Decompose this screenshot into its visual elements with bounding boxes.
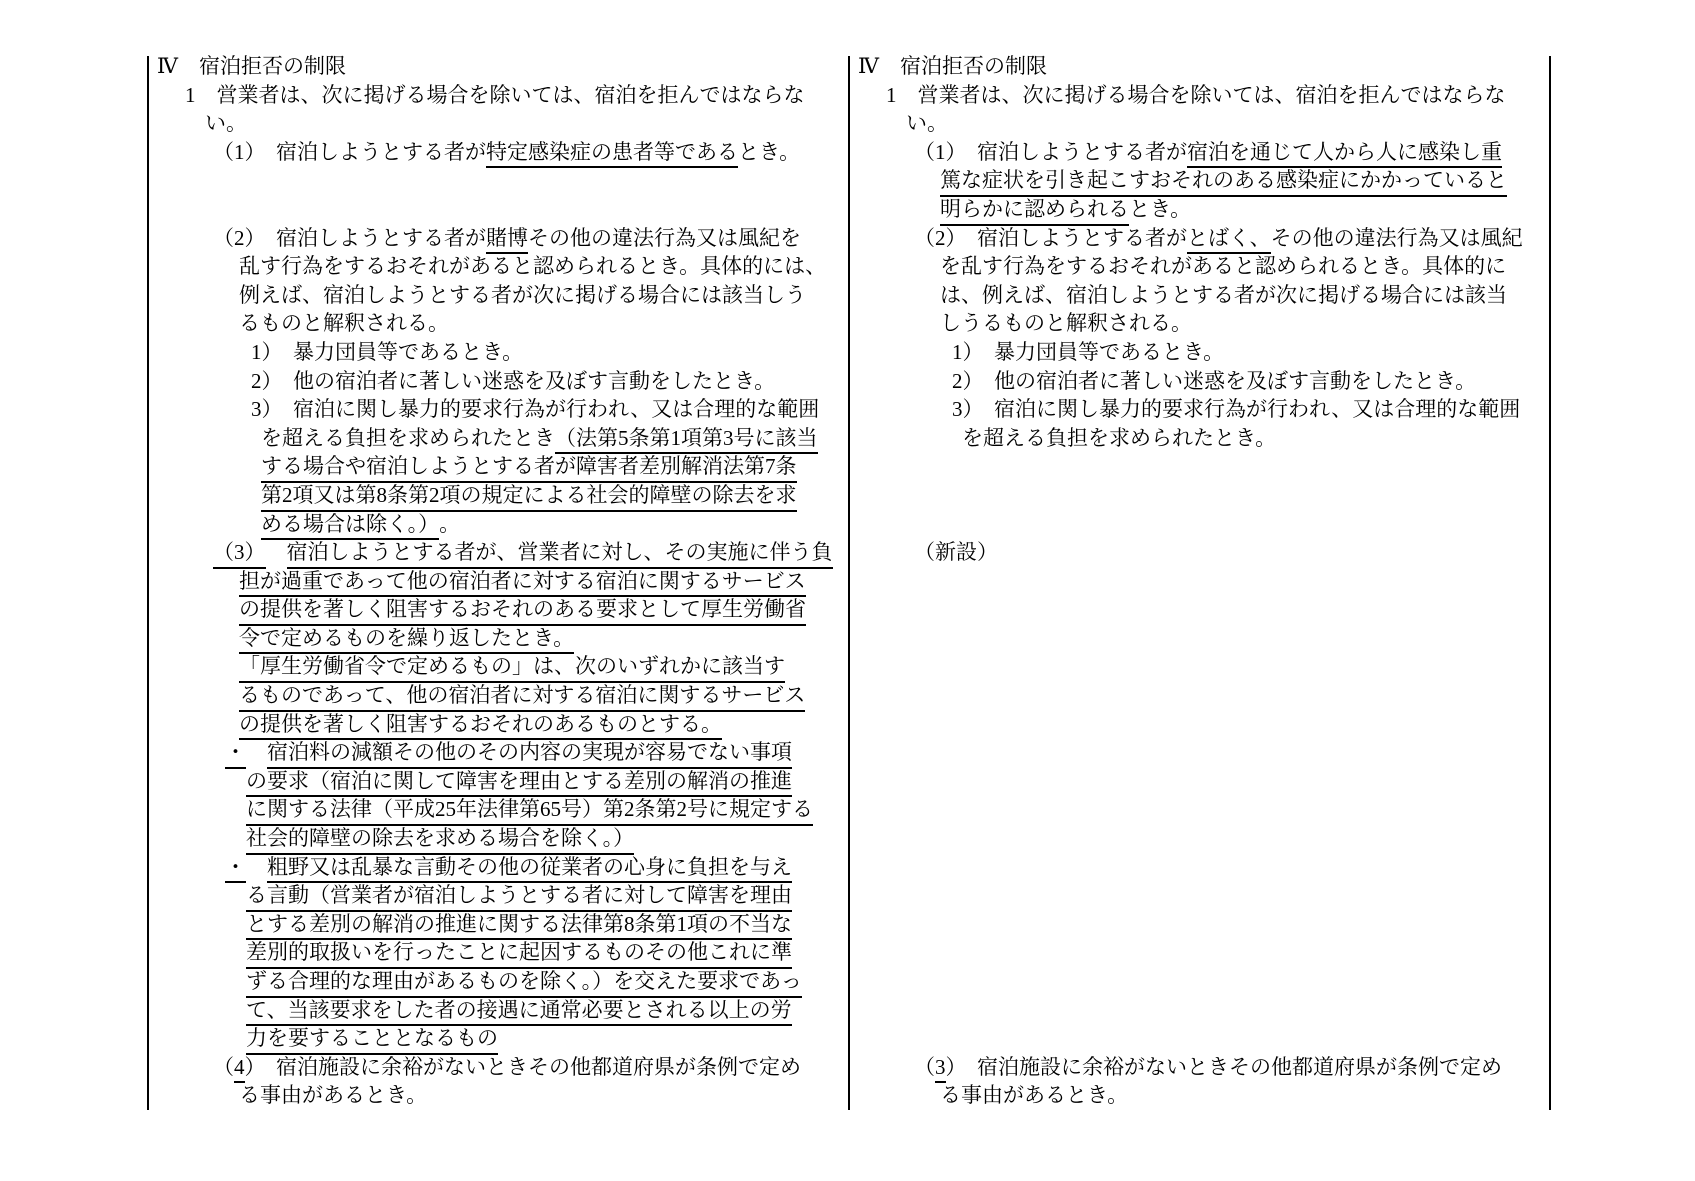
text-line	[850, 938, 1549, 967]
text-line	[850, 567, 1549, 596]
document-page: Ⅳ 宿泊拒否の制限1 営業者は、次に掲げる場合を除いては、宿泊を拒んではならない…	[0, 0, 1695, 1181]
underlined-text-segment: 篤な症状を引き起こすおそれのある感染症にかかっていると	[940, 166, 1507, 197]
underlined-text-segment: とばく、	[1187, 224, 1271, 255]
text-line	[850, 824, 1549, 853]
text-line: （新設）	[850, 538, 1549, 567]
text-line	[850, 738, 1549, 767]
underlined-text-segment: 賭博	[486, 224, 528, 255]
text-segment: る事由があるとき。	[239, 1081, 427, 1110]
comparison-table: Ⅳ 宿泊拒否の制限1 営業者は、次に掲げる場合を除いては、宿泊を拒んではならない…	[147, 56, 1551, 1110]
text-line: 3） 宿泊に関し暴力的要求行為が行われ、又は合理的な範囲	[850, 395, 1549, 424]
text-line: る言動（営業者が宿泊しようとする者に対して障害を理由	[149, 881, 848, 910]
text-line: を超える負担を求められたとき。	[850, 424, 1549, 453]
text-line	[850, 910, 1549, 939]
underlined-text-segment: 差別的取扱いを行ったことに起因するものその他これに準	[246, 938, 792, 969]
text-segment: しうるものと解釈される。	[940, 309, 1192, 338]
underlined-text-segment: の提供を著しく阻害するおそれのあるものとする。	[239, 710, 722, 741]
amended-column-text: Ⅳ 宿泊拒否の制限1 営業者は、次に掲げる場合を除いては、宿泊を拒んではならない…	[149, 52, 848, 1110]
underlined-text-segment: ・	[225, 853, 246, 884]
text-line: るものと解釈される。	[149, 309, 848, 338]
underlined-text-segment: 担が過重であって他の宿泊者に対する宿泊に関するサービス	[239, 567, 806, 598]
text-line	[850, 652, 1549, 681]
text-line: 3） 宿泊に関し暴力的要求行為が行われ、又は合理的な範囲	[149, 395, 848, 424]
current-column-text: Ⅳ 宿泊拒否の制限1 営業者は、次に掲げる場合を除いては、宿泊を拒んではならない…	[850, 52, 1549, 1110]
text-line: 明らかに認められるとき。	[850, 195, 1549, 224]
text-segment	[246, 853, 267, 882]
text-line: （3） 宿泊しようとする者が、営業者に対し、その実施に伴う負	[149, 538, 848, 567]
text-segment: その他の違法行為又は風紀	[1271, 224, 1523, 253]
text-line: 令で定めるものを繰り返したとき。	[149, 624, 848, 653]
text-segment: （	[213, 1053, 234, 1082]
underlined-text-segment: ずる合理的な理由があるものを除く。）を交えた要求であっ	[246, 967, 802, 998]
text-segment: 例えば、宿泊しようとする者が次に掲げる場合には該当しう	[239, 281, 806, 310]
text-line: を乱す行為をするおそれがあると認められるとき。具体的に	[850, 252, 1549, 281]
text-line: 1） 暴力団員等であるとき。	[149, 338, 848, 367]
text-segment: ） 宿泊施設に余裕がないときその他都道府県が条例で定め	[946, 1053, 1503, 1082]
text-line	[149, 166, 848, 195]
text-line: るものであって、他の宿泊者に対する宿泊に関するサービス	[149, 681, 848, 710]
amended-column: Ⅳ 宿泊拒否の制限1 営業者は、次に掲げる場合を除いては、宿泊を拒んではならない…	[149, 56, 850, 1110]
text-line: い。	[149, 109, 848, 138]
text-segment: 1） 暴力団員等であるとき。	[251, 338, 523, 367]
text-line: ずる合理的な理由があるものを除く。）を交えた要求であっ	[149, 967, 848, 996]
text-segment	[246, 738, 267, 767]
text-line: 力を要することとなるもの	[149, 1024, 848, 1053]
text-line: （2） 宿泊しようとする者がとばく、その他の違法行為又は風紀	[850, 224, 1549, 253]
underlined-text-segment: に関する法律（平成25年法律第65号）第2条第2号に規定する	[246, 795, 813, 826]
text-line: する場合や宿泊しようとする者が障害者差別解消法第7条	[149, 452, 848, 481]
text-line: に関する法律（平成25年法律第65号）第2条第2号に規定する	[149, 795, 848, 824]
text-segment: とき。	[738, 138, 800, 167]
text-segment: 2） 他の宿泊者に著しい迷惑を及ぼす言動をしたとき。	[251, 367, 775, 396]
text-line	[850, 767, 1549, 796]
text-segment: （2） 宿泊しようとする者が	[213, 224, 486, 253]
underlined-text-segment: 特定感染症の患者等である	[486, 138, 738, 169]
text-line: 2） 他の宿泊者に著しい迷惑を及ぼす言動をしたとき。	[850, 367, 1549, 396]
text-line: 社会的障壁の除去を求める場合を除く。）	[149, 824, 848, 853]
text-segment: 3） 宿泊に関し暴力的要求行為が行われ、又は合理的な範囲	[251, 395, 819, 424]
text-line: （3） 宿泊施設に余裕がないときその他都道府県が条例で定め	[850, 1053, 1549, 1082]
underlined-text-segment: 明らかに認められる	[940, 195, 1129, 226]
text-line: Ⅳ 宿泊拒否の制限	[149, 52, 848, 81]
text-segment: （	[914, 1053, 935, 1082]
text-line: （1） 宿泊しようとする者が宿泊を通じて人から人に感染し重	[850, 138, 1549, 167]
text-line	[850, 795, 1549, 824]
underlined-text-segment: （3）	[213, 538, 266, 569]
text-line: 2） 他の宿泊者に著しい迷惑を及ぼす言動をしたとき。	[149, 367, 848, 396]
underlined-text-segment: （法第5条第1項第3号に該当	[555, 424, 818, 455]
text-segment: い。	[205, 109, 247, 138]
current-column: Ⅳ 宿泊拒否の制限1 営業者は、次に掲げる場合を除いては、宿泊を拒んではならない…	[850, 56, 1549, 1110]
text-segment: 1） 暴力団員等であるとき。	[952, 338, 1224, 367]
text-segment: る事由があるとき。	[940, 1081, 1128, 1110]
text-line: とする差別の解消の推進に関する法律第8条第1項の不当な	[149, 910, 848, 939]
text-segment: Ⅳ 宿泊拒否の制限	[157, 52, 346, 81]
text-segment: を超える負担を求められたとき	[261, 424, 555, 453]
underlined-text-segment: 令で定めるものを繰り返したとき。	[239, 624, 574, 655]
text-line: の提供を著しく阻害するおそれのあるものとする。	[149, 710, 848, 739]
text-segment: Ⅳ 宿泊拒否の制限	[858, 52, 1047, 81]
underlined-text-segment: 「厚生労働省令で定めるもの」は、次のいずれかに該当す	[239, 652, 785, 683]
text-segment: は、例えば、宿泊しようとする者が次に掲げる場合には該当	[940, 281, 1507, 310]
underlined-text-segment: るものであって、他の宿泊者に対する宿泊に関するサービス	[239, 681, 805, 712]
underlined-text-segment: 宿泊料の減額その他のその内容の実現が容易でない事項	[267, 738, 792, 769]
underlined-text-segment: の提供を著しく阻害するおそれのある要求として厚生労働省	[239, 595, 806, 626]
underlined-text-segment: て、当該要求をした者の接遇に通常必要とされる以上の労	[246, 996, 792, 1027]
underlined-text-segment: とする差別の解消の推進に関する法律第8条第1項の不当な	[246, 910, 792, 941]
underlined-text-segment: する場合や宿泊しようとする者が障害者差別解消法第7条	[261, 452, 797, 483]
text-line: 1） 暴力団員等であるとき。	[850, 338, 1549, 367]
text-line	[850, 710, 1549, 739]
text-segment: 1 営業者は、次に掲げる場合を除いては、宿泊を拒んではならな	[886, 81, 1506, 110]
text-segment: を乱す行為をするおそれがあると認められるとき。具体的に	[940, 252, 1506, 281]
underlined-text-segment: 社会的障壁の除去を求める場合を除く。）	[246, 824, 634, 855]
text-line: 篤な症状を引き起こすおそれのある感染症にかかっていると	[850, 166, 1549, 195]
text-line: は、例えば、宿泊しようとする者が次に掲げる場合には該当	[850, 281, 1549, 310]
text-line	[850, 853, 1549, 882]
underlined-text-segment: 力を要することとなるもの	[246, 1024, 498, 1055]
text-line: しうるものと解釈される。	[850, 309, 1549, 338]
text-line	[850, 681, 1549, 710]
text-line: める場合は除く。）。	[149, 510, 848, 539]
text-segment: い。	[906, 109, 948, 138]
text-segment: （1） 宿泊しようとする者が	[914, 138, 1187, 167]
underlined-text-segment: 宿泊しようとする者が、営業者に対し、その実施に伴う負	[287, 538, 833, 569]
underlined-text-segment: 宿泊を通じて人から人に感染し重	[1187, 138, 1502, 169]
text-segment: その他の違法行為又は風紀を	[528, 224, 801, 253]
text-line: を超える負担を求められたとき（法第5条第1項第3号に該当	[149, 424, 848, 453]
text-line: Ⅳ 宿泊拒否の制限	[850, 52, 1549, 81]
underlined-text-segment: 第2項又は第8条第2項の規定による社会的障壁の除去を求	[261, 481, 797, 512]
text-segment: （新設）	[914, 538, 998, 567]
text-line	[850, 624, 1549, 653]
text-line	[850, 1024, 1549, 1053]
text-line: （2） 宿泊しようとする者が賭博その他の違法行為又は風紀を	[149, 224, 848, 253]
text-line: る事由があるとき。	[149, 1081, 848, 1110]
text-line: 担が過重であって他の宿泊者に対する宿泊に関するサービス	[149, 567, 848, 596]
text-segment: 3） 宿泊に関し暴力的要求行為が行われ、又は合理的な範囲	[952, 395, 1520, 424]
text-line: の要求（宿泊に関して障害を理由とする差別の解消の推進	[149, 767, 848, 796]
underlined-text-segment: の要求（宿泊に関して障害を理由とする差別の解消の推進	[246, 767, 792, 798]
text-line: 乱す行為をするおそれがあると認められるとき。具体的には、	[149, 252, 848, 281]
text-line	[850, 481, 1549, 510]
text-line	[850, 967, 1549, 996]
text-segment: 乱す行為をするおそれがあると認められるとき。具体的には、	[239, 252, 826, 281]
underlined-text-segment: 3	[935, 1053, 946, 1084]
text-segment: （2） 宿泊しようとする者が	[914, 224, 1187, 253]
underlined-text-segment: る言動（営業者が宿泊しようとする者に対して障害を理由	[246, 881, 792, 912]
text-line: 第2項又は第8条第2項の規定による社会的障壁の除去を求	[149, 481, 848, 510]
text-line	[850, 452, 1549, 481]
text-segment: とき。	[1129, 195, 1191, 224]
text-line: ・ 宿泊料の減額その他のその内容の実現が容易でない事項	[149, 738, 848, 767]
text-line	[850, 595, 1549, 624]
text-segment: 1 営業者は、次に掲げる場合を除いては、宿泊を拒んではならな	[185, 81, 805, 110]
text-line: （1） 宿泊しようとする者が特定感染症の患者等であるとき。	[149, 138, 848, 167]
text-line: 「厚生労働省令で定めるもの」は、次のいずれかに該当す	[149, 652, 848, 681]
text-line	[850, 510, 1549, 539]
text-line	[850, 881, 1549, 910]
underlined-text-segment: 4	[234, 1053, 245, 1084]
underlined-text-segment: ・	[225, 738, 246, 769]
text-line	[149, 195, 848, 224]
text-segment: 。	[439, 510, 460, 539]
text-segment	[266, 538, 287, 567]
text-segment: ） 宿泊施設に余裕がないときその他都道府県が条例で定め	[245, 1053, 802, 1082]
text-line: （4） 宿泊施設に余裕がないときその他都道府県が条例で定め	[149, 1053, 848, 1082]
text-line: 例えば、宿泊しようとする者が次に掲げる場合には該当しう	[149, 281, 848, 310]
text-line: 1 営業者は、次に掲げる場合を除いては、宿泊を拒んではならな	[149, 81, 848, 110]
text-line: の提供を著しく阻害するおそれのある要求として厚生労働省	[149, 595, 848, 624]
text-line: 1 営業者は、次に掲げる場合を除いては、宿泊を拒んではならな	[850, 81, 1549, 110]
text-segment: 2） 他の宿泊者に著しい迷惑を及ぼす言動をしたとき。	[952, 367, 1476, 396]
text-line: い。	[850, 109, 1549, 138]
text-line: ・ 粗野又は乱暴な言動その他の従業者の心身に負担を与え	[149, 853, 848, 882]
underlined-text-segment: める場合は除く。）	[261, 510, 439, 541]
underlined-text-segment: 粗野又は乱暴な言動その他の従業者の心身に負担を与え	[267, 853, 792, 884]
text-segment: （1） 宿泊しようとする者が	[213, 138, 486, 167]
text-line: 差別的取扱いを行ったことに起因するものその他これに準	[149, 938, 848, 967]
text-segment: を超える負担を求められたとき。	[962, 424, 1276, 453]
text-line	[850, 996, 1549, 1025]
text-segment: るものと解釈される。	[239, 309, 449, 338]
text-line: て、当該要求をした者の接遇に通常必要とされる以上の労	[149, 996, 848, 1025]
text-line: る事由があるとき。	[850, 1081, 1549, 1110]
